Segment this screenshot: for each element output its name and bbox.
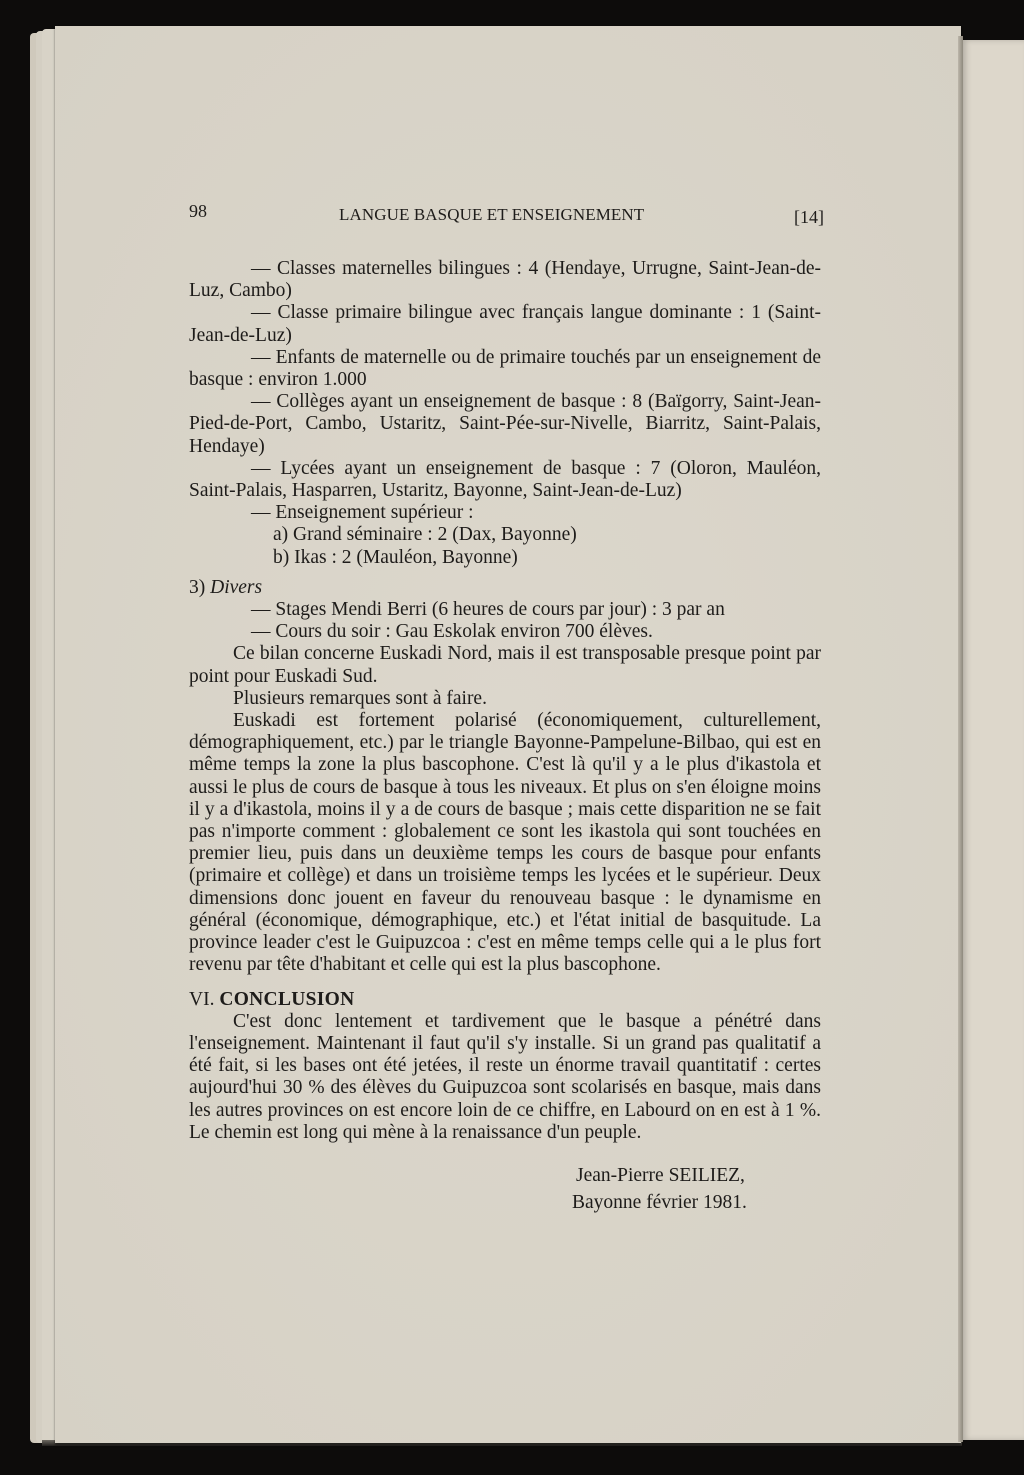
body-paragraph: Ce bilan concerne Euskadi Nord, mais il … [189,643,821,687]
page-content: 98 LANGUE BASQUE ET ENSEIGNEMENT [14] — … [189,200,821,1216]
section-number: VI. [189,989,214,1010]
section-title: CONCLUSION [219,989,354,1010]
book-gutter [958,36,963,1442]
sub-list-item: b) Ikas : 2 (Mauléon, Bayonne) [189,547,821,569]
facing-page [962,40,1024,1440]
list-item: — Cours du soir : Gau Eskolak environ 70… [189,621,821,643]
section-number: 3) [189,577,205,598]
running-title: LANGUE BASQUE ET ENSEIGNEMENT [339,204,644,226]
page-number: 98 [189,200,207,222]
list-item: — Classes maternelles bilingues : 4 (Hen… [189,258,821,302]
section-heading-divers: 3) Divers [189,577,821,599]
section-heading-conclusion: VI. CONCLUSION [189,989,821,1011]
place-date: Bayonne février 1981. [572,1189,791,1216]
list-item: — Classe primaire bilingue avec français… [189,302,821,346]
conclusion-paragraph: C'est donc lentement et tardivement que … [189,1011,821,1144]
running-header: 98 LANGUE BASQUE ET ENSEIGNEMENT [14] [189,200,821,224]
body-paragraph: Plusieurs remarques sont à faire. [189,688,821,710]
author-name: Jean-Pierre SEILIEZ, [576,1162,791,1189]
section-reference: [14] [794,206,824,228]
section-title: Divers [210,577,262,598]
body-paragraph: Euskadi est fortement polarisé (économiq… [189,710,821,976]
list-item: — Lycées ayant un enseignement de basque… [189,458,821,502]
list-item: — Collèges ayant un enseignement de basq… [189,391,821,458]
list-item: — Enseignement supérieur : [189,502,821,524]
signature-block: Jean-Pierre SEILIEZ, Bayonne février 198… [189,1162,821,1216]
list-item: — Stages Mendi Berri (6 heures de cours … [189,599,821,621]
sub-list-item: a) Grand séminaire : 2 (Dax, Bayonne) [189,524,821,546]
list-item: — Enfants de maternelle ou de primaire t… [189,347,821,391]
